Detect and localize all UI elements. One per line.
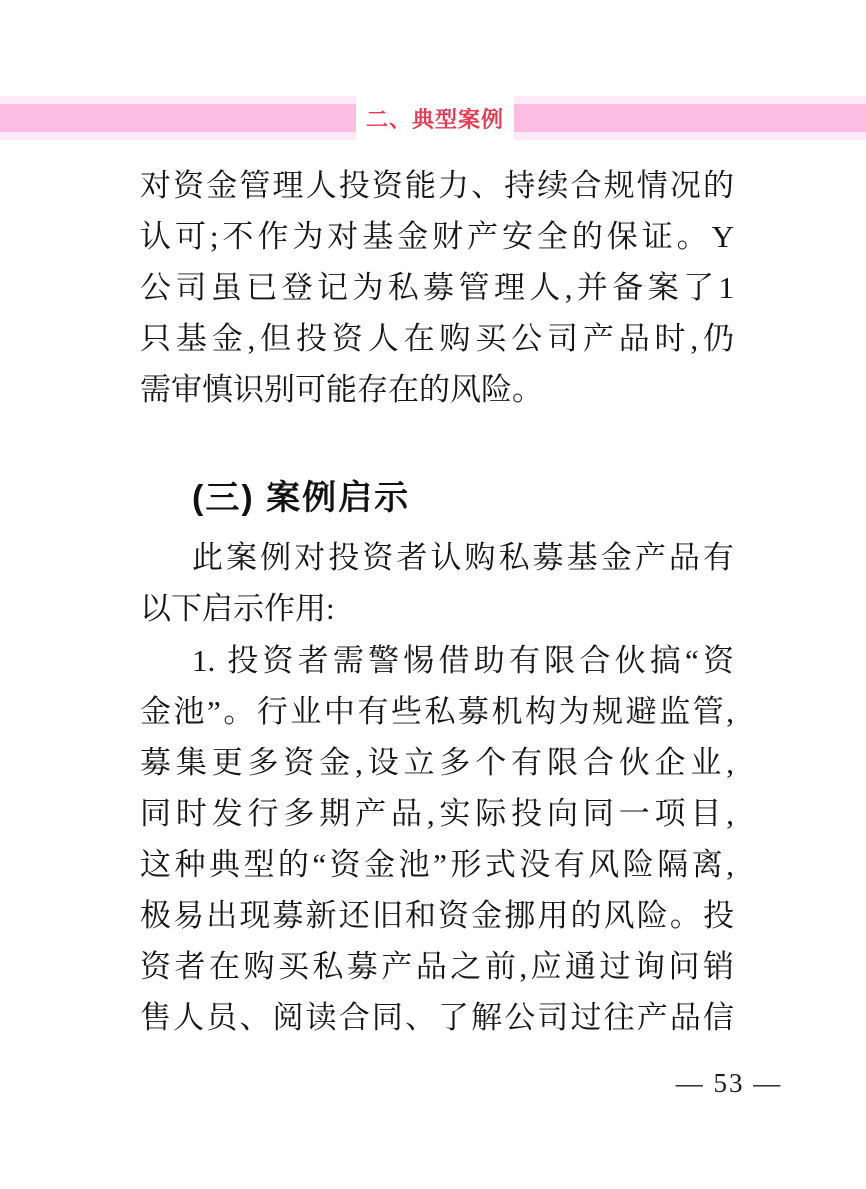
header-band-right-bar: [514, 96, 866, 140]
text-line: 售人员、阅读合同、了解公司过往产品信: [140, 992, 734, 1043]
chapter-title: 二、典型案例: [366, 103, 504, 134]
text-line: 这种典型的“资金池”形式没有风险隔离,: [140, 839, 734, 890]
text-line: 对资金管理人投资能力、持续合规情况的: [140, 160, 734, 211]
text-line: 资者在购买私募产品之前,应通过询问销: [140, 941, 734, 992]
text-line: 金池”。行业中有些私募机构为规避监管,: [140, 686, 734, 737]
text-line: 1. 投资者需警惕借助有限合伙搞“资: [140, 635, 734, 686]
page-number: — 53 —: [664, 1068, 794, 1099]
chapter-header-band: 二、典型案例: [0, 96, 866, 140]
paragraph-2: 此案例对投资者认购私募基金产品有 以下启示作用:: [140, 532, 734, 634]
text-line: 同时发行多期产品,实际投向同一项目,: [140, 788, 734, 839]
text-line: 极易出现募新还旧和资金挪用的风险。投: [140, 890, 734, 941]
text-line: 需审慎识别可能存在的风险。: [140, 364, 734, 415]
text-line: 认可;不作为对基金财产安全的保证。Y: [140, 211, 734, 262]
text-line: 只基金,但投资人在购买公司产品时,仍: [140, 313, 734, 364]
text-line: 募集更多资金,设立多个有限合伙企业,: [140, 737, 734, 788]
text-line: 以下启示作用:: [140, 583, 734, 634]
paragraph-1: 对资金管理人投资能力、持续合规情况的 认可;不作为对基金财产安全的保证。Y 公司…: [140, 160, 734, 415]
text-line: 公司虽已登记为私募管理人,并备案了1: [140, 262, 734, 313]
book-page: 二、典型案例 对资金管理人投资能力、持续合规情况的 认可;不作为对基金财产安全的…: [0, 0, 866, 1189]
chapter-title-wrap: 二、典型案例: [356, 96, 514, 140]
paragraph-3: 1. 投资者需警惕借助有限合伙搞“资 金池”。行业中有些私募机构为规避监管, 募…: [140, 635, 734, 1043]
section-heading: (三) 案例启示: [140, 477, 734, 519]
text-line: 此案例对投资者认购私募基金产品有: [140, 532, 734, 583]
header-band-left-bar: [0, 96, 356, 140]
